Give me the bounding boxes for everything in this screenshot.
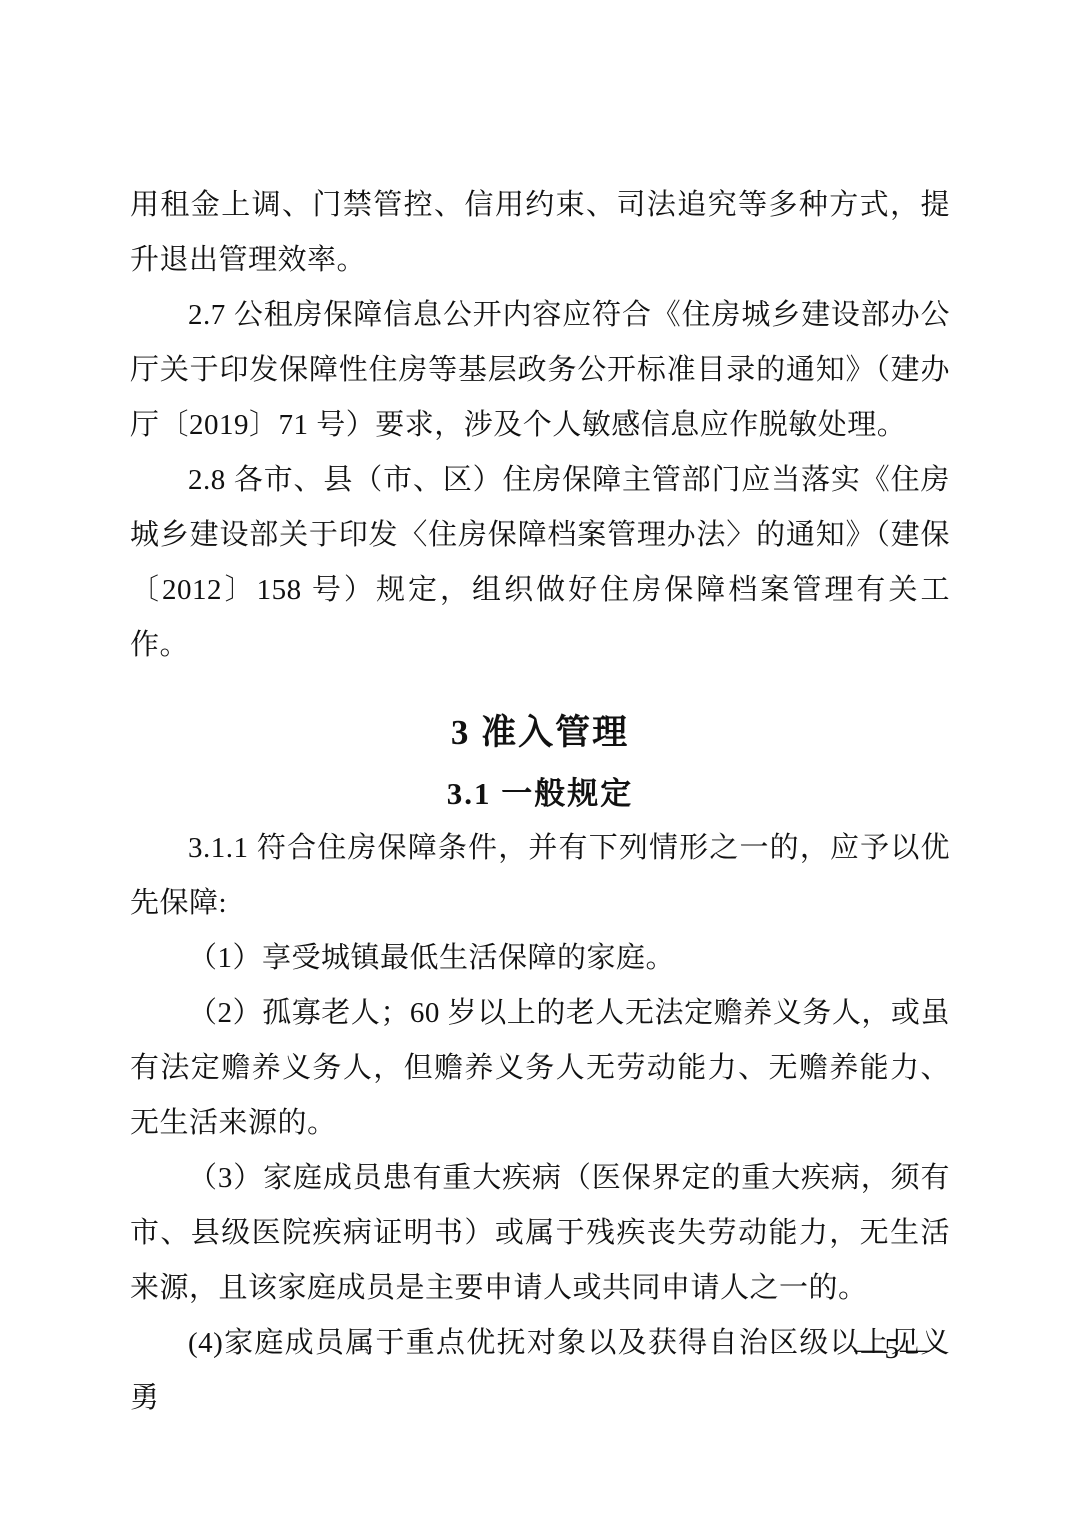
paragraph-continuation: 用租金上调、门禁管控、信用约束、司法追究等多种方式，提升退出管理效率。 [130,178,950,288]
document-page: 用租金上调、门禁管控、信用约束、司法追究等多种方式，提升退出管理效率。 2.7 … [0,0,1074,1520]
chapter-heading-3: 3 准入管理 [130,705,950,760]
paragraph-2-7: 2.7 公租房保障信息公开内容应符合《住房城乡建设部办公厅关于印发保障性住房等基… [130,288,950,453]
page-body: 用租金上调、门禁管控、信用约束、司法追究等多种方式，提升退出管理效率。 2.7 … [130,178,950,1426]
section-heading-3-1: 3.1 一般规定 [130,766,950,821]
paragraph-2-8: 2.8 各市、县（市、区）住房保障主管部门应当落实《住房城乡建设部关于印发〈住房… [130,453,950,673]
paragraph-3-1-1: 3.1.1 符合住房保障条件，并有下列情形之一的，应予以优先保障: [130,821,950,931]
list-item-3: （3）家庭成员患有重大疾病（医保界定的重大疾病，须有市、县级医院疾病证明书）或属… [130,1151,950,1316]
list-item-1: （1）享受城镇最低生活保障的家庭。 [130,931,950,986]
list-item-2: （2）孤寡老人；60 岁以上的老人无法定赡养义务人，或虽有法定赡养义务人，但赡养… [130,986,950,1151]
list-item-4: (4)家庭成员属于重点优抚对象以及获得自治区级以上见义勇 [130,1316,950,1426]
page-number: —5— [855,1330,931,1368]
